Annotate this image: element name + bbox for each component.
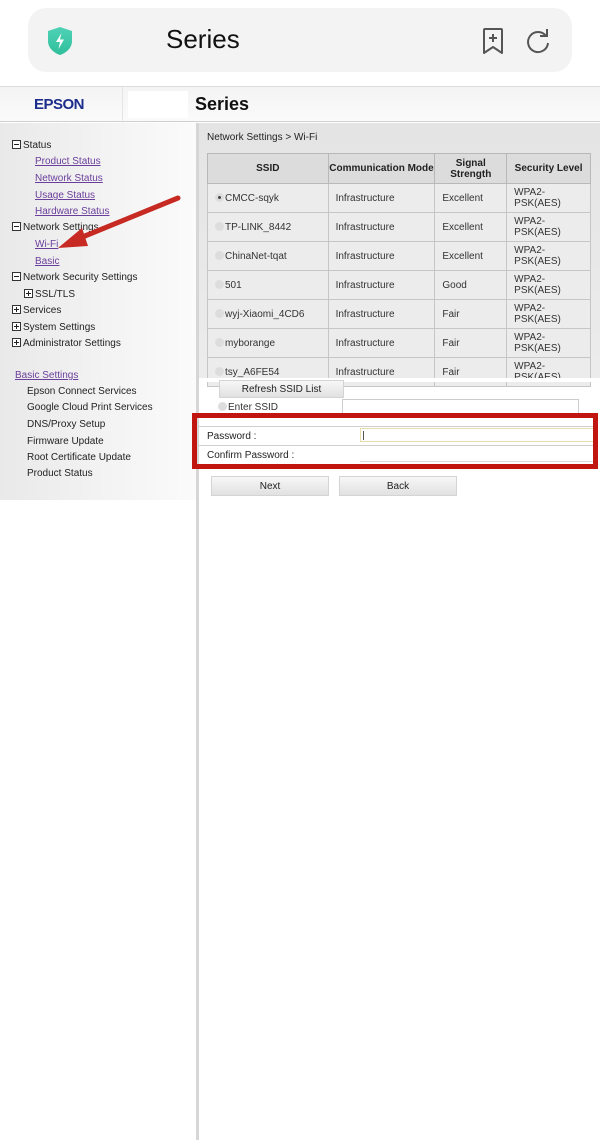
ssid-cell[interactable]: TP-LINK_8442 [208,213,329,242]
sidebar-system-settings[interactable]: System Settings [12,322,95,333]
bookmark-add-icon[interactable] [480,27,506,55]
signal-cell: Excellent [435,242,507,271]
collapse-icon[interactable] [12,140,21,149]
sidebar-item-root-cert[interactable]: Root Certificate Update [27,452,131,463]
security-cell: WPA2-PSK(AES) [507,242,591,271]
signal-cell: Excellent [435,184,507,213]
table-row[interactable]: TP-LINK_8442InfrastructureExcellentWPA2-… [208,213,591,242]
enter-ssid-option[interactable]: Enter SSID [218,402,278,413]
table-row[interactable]: wyj-Xiaomi_4CD6InfrastructureFairWPA2-PS… [208,300,591,329]
signal-cell: Fair [435,300,507,329]
mode-cell: Infrastructure [328,329,435,358]
sidebar-basic-settings[interactable]: Basic Settings [15,370,78,381]
signal-cell: Good [435,271,507,300]
expand-icon[interactable] [12,338,21,347]
sidebar-ssl-tls[interactable]: SSL/TLS [24,289,75,300]
sidebar-admin-settings[interactable]: Administrator Settings [12,338,121,349]
security-cell: WPA2-PSK(AES) [507,358,591,387]
reload-icon[interactable] [524,27,552,55]
mode-cell: Infrastructure [328,213,435,242]
sidebar-bottom [0,500,196,1140]
signal-cell: Fair [435,329,507,358]
mode-cell: Infrastructure [328,300,435,329]
radio-icon[interactable] [215,367,224,376]
sidebar-item-firmware-update[interactable]: Firmware Update [27,436,104,447]
browser-page-title: Series [166,24,240,55]
security-cell: WPA2-PSK(AES) [507,213,591,242]
mode-cell: Infrastructure [328,358,435,387]
security-cell: WPA2-PSK(AES) [507,329,591,358]
table-header-row: SSID Communication Mode Signal Strength … [208,154,591,184]
refresh-ssid-button[interactable]: Refresh SSID List [219,380,344,398]
mode-cell: Infrastructure [328,242,435,271]
sidebar-item-network-status[interactable]: Network Status [35,173,103,184]
page-header: EPSON Series [0,86,600,122]
radio-icon[interactable] [215,280,224,289]
sidebar-item-product-status[interactable]: Product Status [35,156,101,167]
back-button[interactable]: Back [339,476,457,496]
security-cell: WPA2-PSK(AES) [507,271,591,300]
signal-cell: Fair [435,358,507,387]
sidebar-network-security[interactable]: Network Security Settings [12,272,138,283]
collapse-icon[interactable] [12,272,21,281]
radio-icon[interactable] [215,251,224,260]
col-ssid: SSID [208,154,329,184]
ssid-cell[interactable]: 501 [208,271,329,300]
security-cell: WPA2-PSK(AES) [507,184,591,213]
header-divider [122,87,123,123]
ssid-cell[interactable]: myborange [208,329,329,358]
radio-icon[interactable] [215,193,224,202]
sidebar-item-google-cloud-print[interactable]: Google Cloud Print Services [27,402,153,413]
redacted-model-area [128,91,188,118]
ssid-cell[interactable]: ChinaNet-tqat [208,242,329,271]
radio-icon[interactable] [218,402,227,411]
mode-cell: Infrastructure [328,184,435,213]
signal-cell: Excellent [435,213,507,242]
col-signal: Signal Strength [435,154,507,184]
epson-logo: EPSON [34,96,84,113]
highlight-annotation [192,413,598,469]
red-arrow-annotation [50,190,185,260]
shield-bolt-icon[interactable] [45,26,75,56]
breadcrumb: Network Settings > Wi-Fi [207,132,317,143]
ssid-cell[interactable]: wyj-Xiaomi_4CD6 [208,300,329,329]
col-mode: Communication Mode [328,154,435,184]
expand-icon[interactable] [24,289,33,298]
col-security: Security Level [507,154,591,184]
sidebar-item-epson-connect[interactable]: Epson Connect Services [27,386,137,397]
mode-cell: Infrastructure [328,271,435,300]
table-row[interactable]: 501InfrastructureGoodWPA2-PSK(AES) [208,271,591,300]
ssid-table: SSID Communication Mode Signal Strength … [207,153,591,387]
next-button[interactable]: Next [211,476,329,496]
sidebar-item-product-status-2[interactable]: Product Status [27,468,93,479]
content-divider [196,123,199,1140]
radio-icon[interactable] [215,309,224,318]
sidebar-status[interactable]: Status [12,140,51,151]
security-cell: WPA2-PSK(AES) [507,300,591,329]
printer-model-title: Series [195,94,249,115]
table-row[interactable]: myborangeInfrastructureFairWPA2-PSK(AES) [208,329,591,358]
ssid-cell[interactable]: CMCC-sqyk [208,184,329,213]
sidebar-services[interactable]: Services [12,305,61,316]
table-row[interactable]: CMCC-sqykInfrastructureExcellentWPA2-PSK… [208,184,591,213]
expand-icon[interactable] [12,305,21,314]
sidebar-item-dns-proxy[interactable]: DNS/Proxy Setup [27,419,105,430]
expand-icon[interactable] [12,322,21,331]
collapse-icon[interactable] [12,222,21,231]
radio-icon[interactable] [215,222,224,231]
table-row[interactable]: ChinaNet-tqatInfrastructureExcellentWPA2… [208,242,591,271]
radio-icon[interactable] [215,338,224,347]
